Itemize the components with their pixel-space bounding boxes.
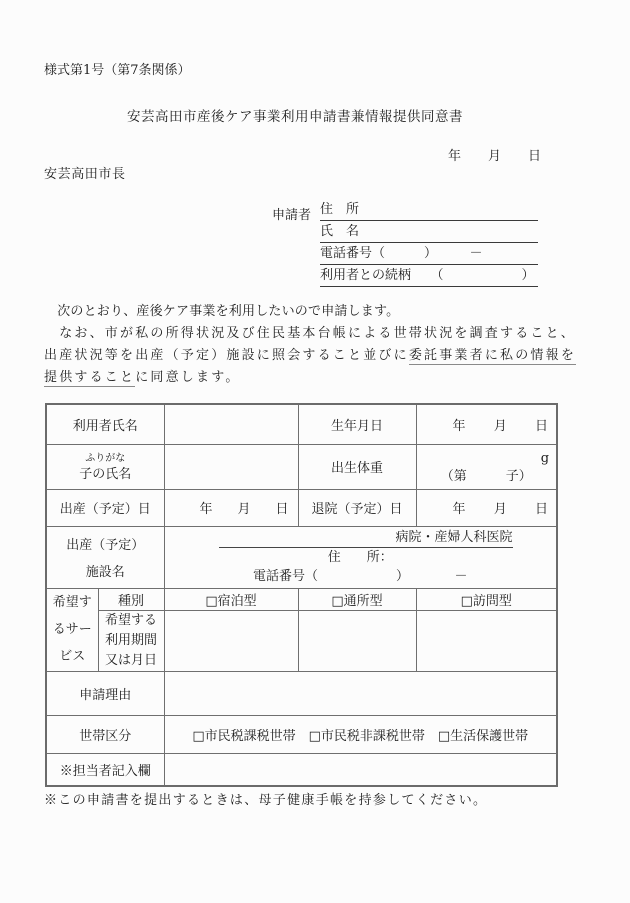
applicant-phone-field[interactable]: 電話番号（ ） － <box>320 243 538 265</box>
service-period-visit-cell[interactable] <box>416 610 557 671</box>
form-number: 様式第1号（第7条関係） <box>44 59 191 78</box>
addressee: 安芸高田市長 <box>44 163 126 182</box>
underlined-phrase-1: 委託事業者に私の情報を <box>409 348 576 365</box>
delivery-date-label: 出産（予定）日 <box>46 489 164 526</box>
service-option-overnight-checkbox[interactable]: □宿泊型 <box>164 588 298 610</box>
user-name-value-cell[interactable] <box>164 404 298 444</box>
birth-weight-value-cell[interactable]: g （第 子） <box>416 444 557 489</box>
service-period-daycare-cell[interactable] <box>298 610 416 671</box>
user-name-label: 利用者氏名 <box>46 404 164 444</box>
date-day-label: 日 <box>528 145 541 164</box>
birth-date-ymd-cell[interactable]: 年 月 日 <box>416 404 557 444</box>
furigana-label: ふりがな <box>47 450 164 466</box>
reason-value-cell[interactable] <box>164 671 557 715</box>
consent-line-4: 提供することに同意します。 <box>44 367 592 389</box>
underlined-phrase-2: 提供すること <box>44 370 135 387</box>
delivery-date-ymd-cell[interactable]: 年 月 日 <box>164 489 298 526</box>
date-month-label: 月 <box>488 145 501 164</box>
child-name-value-cell[interactable] <box>164 444 298 489</box>
staff-note-label: ※担当者記入欄 <box>46 753 164 786</box>
staff-note-value-cell[interactable] <box>164 753 557 786</box>
application-table: 利用者氏名 生年月日 年 月 日 ふりがな 子の氏名 出生体重 g （第 子） <box>45 403 558 787</box>
applicant-name-field[interactable]: 氏 名 <box>320 221 538 243</box>
facility-info-cell: 病院・産婦人科医院 住 所： 電話番号（ ） － <box>164 526 557 588</box>
service-option-daycare-checkbox[interactable]: □通所型 <box>298 588 416 610</box>
household-label: 世帯区分 <box>46 715 164 753</box>
consent-line-3: 出産状況等を出産（予定）施設に照会すること並びに委託事業者に私の情報を <box>44 345 592 367</box>
service-group-label: 希望す るサー ビス <box>46 588 98 671</box>
reason-label: 申請理由 <box>46 671 164 715</box>
day-label: 日 <box>535 498 548 517</box>
service-period-overnight-cell[interactable] <box>164 610 298 671</box>
applicant-block: 住 所 氏 名 電話番号（ ） － 利用者との続柄 （ ） <box>320 199 538 287</box>
service-period-label: 希望する 利用期間 又は月日 <box>98 610 164 671</box>
date-line: 年 月 日 <box>448 145 541 164</box>
consent-line-1: 次のとおり、産後ケア事業を利用したいので申請します。 <box>44 301 592 323</box>
household-options-checkboxes[interactable]: □市民税課税世帯 □市民税非課税世帯 □生活保護世帯 <box>164 715 557 753</box>
discharge-date-ymd-cell[interactable]: 年 月 日 <box>416 489 557 526</box>
year-label: 年 <box>453 415 466 434</box>
consent-line-2: なお、市が私の所得状況及び住民基本台帳による世帯状況を調査すること、 <box>44 323 592 345</box>
year-label: 年 <box>453 498 466 517</box>
child-order-field[interactable]: （第 子） <box>417 467 557 486</box>
month-label: 月 <box>494 498 507 517</box>
date-year-label: 年 <box>448 145 461 164</box>
day-label: 日 <box>275 498 288 517</box>
day-label: 日 <box>535 415 548 434</box>
footer-note: ※この申請書を提出するときは、母子健康手帳を持参してください。 <box>44 789 487 808</box>
month-label: 月 <box>494 415 507 434</box>
page-title: 安芸高田市産後ケア事業利用申請書兼情報提供同意書 <box>0 105 590 125</box>
child-name-label: ふりがな 子の氏名 <box>46 444 164 489</box>
discharge-date-label: 退院（予定）日 <box>298 489 416 526</box>
application-form-page: 様式第1号（第7条関係） 安芸高田市産後ケア事業利用申請書兼情報提供同意書 年 … <box>0 0 630 903</box>
applicant-address-field[interactable]: 住 所 <box>320 199 538 221</box>
month-label: 月 <box>238 498 251 517</box>
facility-name-field[interactable]: 病院・産婦人科医院 <box>219 528 513 548</box>
birth-date-label: 生年月日 <box>298 404 416 444</box>
birth-weight-label: 出生体重 <box>298 444 416 489</box>
weight-unit-label: g <box>417 448 557 467</box>
facility-address-field[interactable]: 住 所： <box>165 548 557 567</box>
service-type-label: 種別 <box>98 588 164 610</box>
service-option-visit-checkbox[interactable]: □訪問型 <box>416 588 557 610</box>
applicant-relation-field[interactable]: 利用者との続柄 （ ） <box>320 265 538 287</box>
facility-phone-field[interactable]: 電話番号（ ） － <box>165 567 557 586</box>
year-label: 年 <box>200 498 213 517</box>
consent-paragraph: 次のとおり、産後ケア事業を利用したいので申請します。 なお、市が私の所得状況及び… <box>44 301 592 389</box>
applicant-label: 申請者 <box>272 204 311 223</box>
facility-label: 出産（予定） 施設名 <box>46 526 164 588</box>
